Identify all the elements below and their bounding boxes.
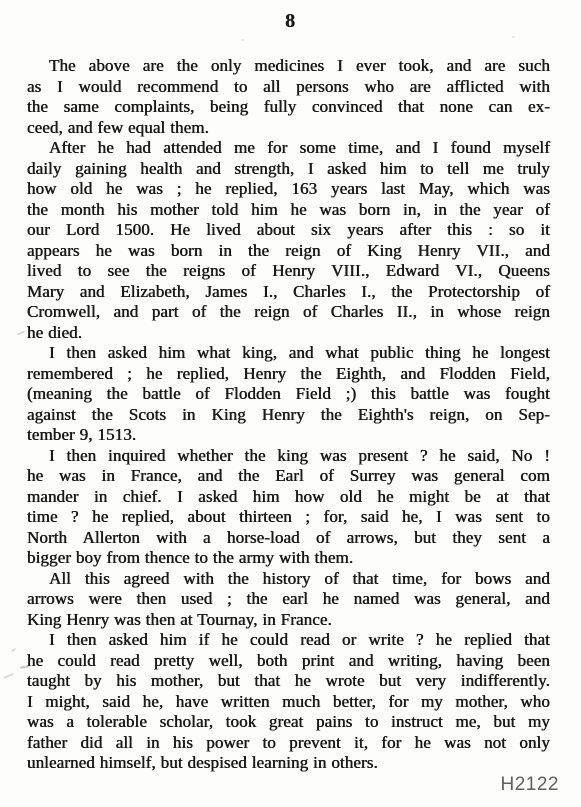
- text-line: After he had attended me for some time, …: [27, 138, 550, 159]
- text-line: North Allerton with a horse-load of arro…: [27, 528, 550, 549]
- text-line: how old he was ; he replied, 163 years l…: [27, 179, 550, 200]
- text-line: I might, said he, have written much bett…: [27, 692, 550, 713]
- text-line: (meaning the battle of Flodden Field ;) …: [27, 384, 550, 405]
- text-line: father did all in his power to prevent i…: [27, 733, 550, 754]
- text-line: against the Scots in King Henry the Eigh…: [27, 405, 550, 426]
- text-line: ceed, and few equal them.: [27, 118, 550, 139]
- text-line: remembered ; he replied, Henry the Eight…: [27, 364, 550, 385]
- text-line: Cromwell, and part of the reign of Charl…: [27, 302, 550, 323]
- page-number: 8: [0, 10, 581, 33]
- text-line: he could read pretty well, both print an…: [27, 651, 550, 672]
- scan-artifact: [3, 673, 14, 679]
- text-line: time ? he replied, about thirteen ; for,…: [27, 507, 550, 528]
- text-line: The above are the only medicines I ever …: [27, 56, 550, 77]
- paragraph: The above are the only medicines I ever …: [27, 56, 550, 138]
- text-line: mander in chief. I asked him how old he …: [27, 487, 550, 508]
- text-line: our Lord 1500. He lived about six years …: [27, 220, 550, 241]
- text-line: Mary and Elizabeth, James I., Charles I.…: [27, 282, 550, 303]
- paragraph: All this agreed with the history of that…: [27, 569, 550, 631]
- text-line: he died.: [27, 323, 550, 344]
- text-line: King Henry was then at Tournay, in Franc…: [27, 610, 550, 631]
- text-line: bigger boy from thence to the army with …: [27, 548, 550, 569]
- text-line: daily gaining health and strength, I ask…: [27, 159, 550, 180]
- paragraph: After he had attended me for some time, …: [27, 138, 550, 343]
- text-line: he was in France, and the Earl of Surrey…: [27, 466, 550, 487]
- text-line: the same complaints, being fully convinc…: [27, 97, 550, 118]
- text-line: tember 9, 1513.: [27, 425, 550, 446]
- scan-artifact: [11, 648, 16, 652]
- scan-artifact: [17, 331, 25, 336]
- scan-artifact: [241, 39, 244, 41]
- text-line: I then asked him what king, and what pub…: [27, 343, 550, 364]
- catalog-stamp: H2122: [501, 774, 560, 796]
- page-text: The above are the only medicines I ever …: [27, 56, 550, 774]
- scan-artifact: [512, 36, 515, 38]
- text-line: as I would recommend to all persons who …: [27, 77, 550, 98]
- text-line: I then inquired whether the king was pre…: [27, 446, 550, 467]
- text-line: the month his mother told him he was bor…: [27, 200, 550, 221]
- book-page: { "page": { "number": "8", "stamp": "H21…: [0, 0, 581, 807]
- paragraph: I then asked him what king, and what pub…: [27, 343, 550, 446]
- text-line: lived to see the reigns of Henry VIII., …: [27, 261, 550, 282]
- text-line: taught by his mother, but that he wrote …: [27, 671, 550, 692]
- text-line: I then asked him if he could read or wri…: [27, 630, 550, 651]
- text-line: All this agreed with the history of that…: [27, 569, 550, 590]
- text-line: unlearned himself, but despised learning…: [27, 753, 550, 774]
- text-line: appears he was born in the reign of King…: [27, 241, 550, 262]
- text-line: arrows were then used ; the earl he name…: [27, 589, 550, 610]
- paragraph: I then inquired whether the king was pre…: [27, 446, 550, 569]
- paragraph: I then asked him if he could read or wri…: [27, 630, 550, 774]
- text-line: was a tolerable scholar, took great pain…: [27, 712, 550, 733]
